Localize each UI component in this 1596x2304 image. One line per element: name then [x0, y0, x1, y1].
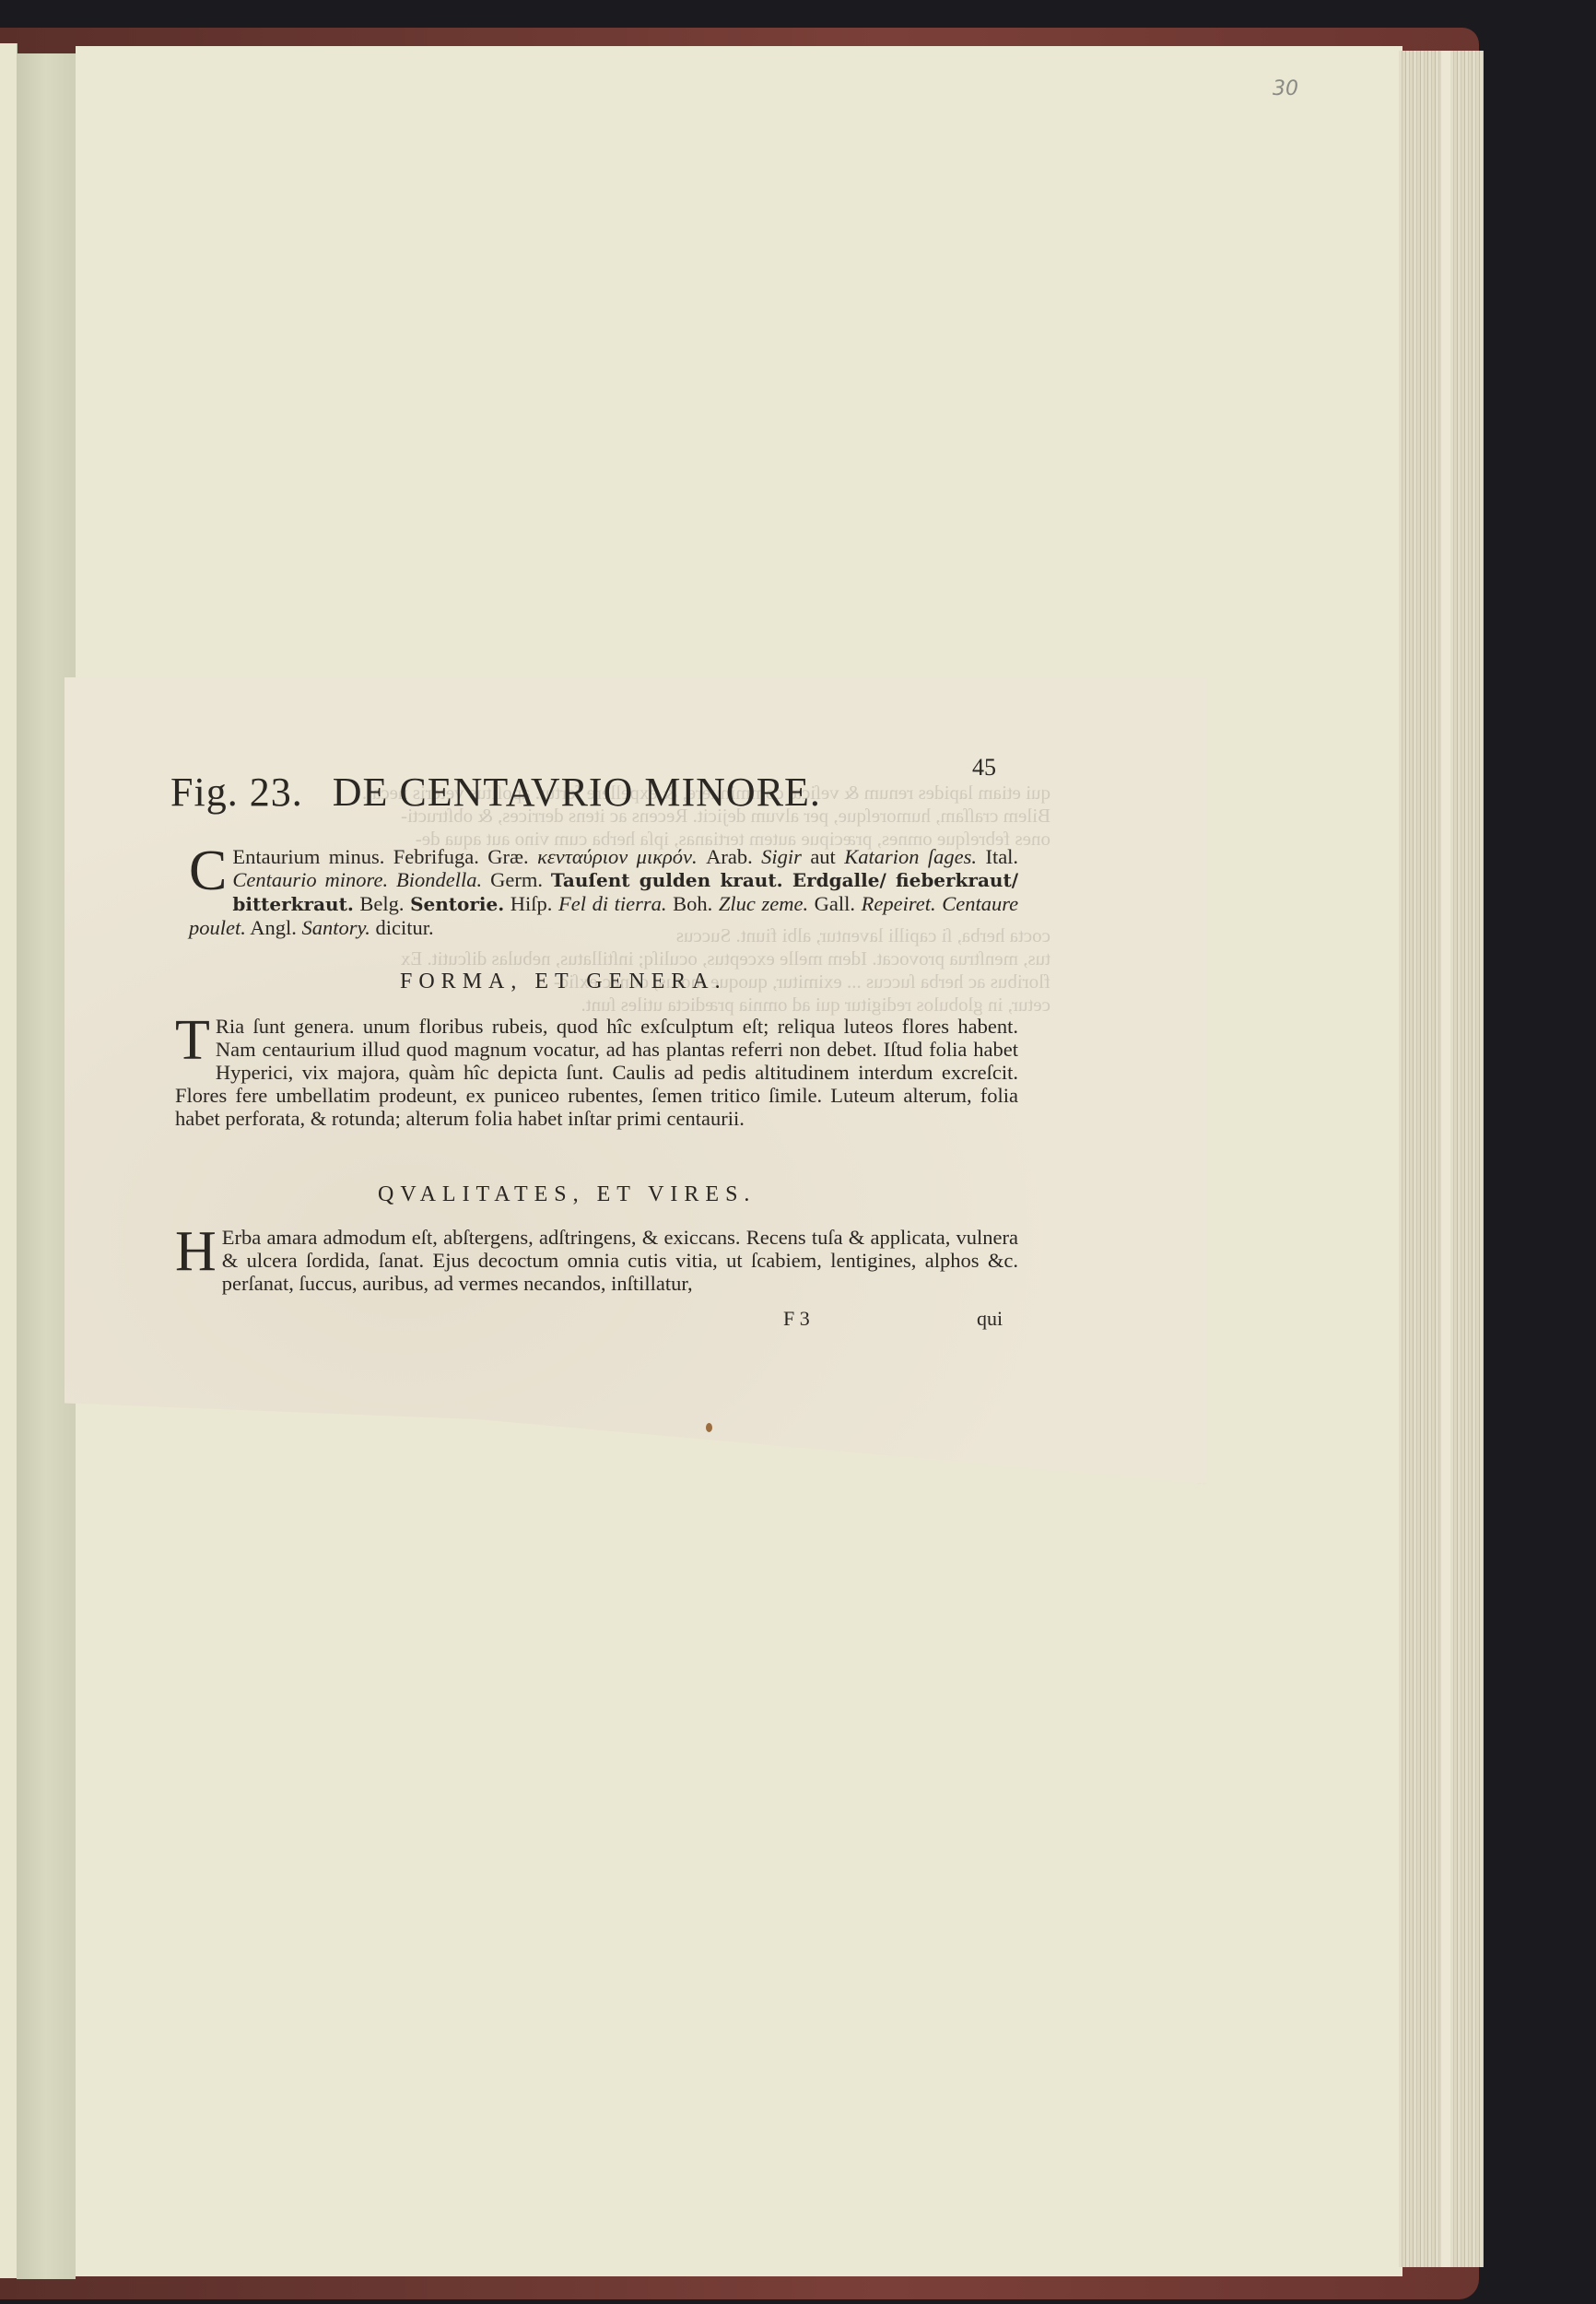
drop-cap: H	[175, 1228, 217, 1275]
greek-name: κενταύριον μικρόν.	[537, 845, 698, 868]
chapter-heading: Fig. 23. DE CENTAVRIO MINORE.	[170, 769, 821, 816]
text: Arab.	[706, 845, 753, 868]
pencil-folio-number: 30	[1273, 77, 1298, 100]
bohemian-name: Zluc zeme.	[719, 892, 808, 915]
text: aut	[810, 845, 836, 868]
arabic-name-2: Katarion ſages.	[844, 845, 977, 868]
forma-text: Ria ſunt genera. unum floribus rubeis, q…	[175, 1015, 1018, 1130]
left-page-edge	[0, 43, 18, 2278]
chapter-title: DE CENTAVRIO MINORE.	[333, 770, 821, 815]
catchword: qui	[977, 1307, 1003, 1331]
figure-number: Fig. 23.	[170, 770, 303, 815]
drop-cap: C	[189, 847, 227, 895]
show-through-line: cetur, in globulos redigitur qui ad omni…	[138, 993, 1050, 1017]
text: Ital.	[985, 845, 1018, 868]
spanish-name: Fel di tierra.	[558, 892, 667, 915]
drop-cap: T	[175, 1017, 210, 1064]
forma-paragraph: T Ria ſunt genera. unum floribus rubeis,…	[175, 1015, 1018, 1130]
text: Germ.	[490, 868, 543, 891]
section-title-qualitates: QVALITATES, ET VIRES.	[378, 1182, 756, 1207]
qualitates-paragraph: H Erba amara admodum eſt, abſtergens, ad…	[175, 1226, 1018, 1295]
text: Boh.	[673, 892, 712, 915]
section-title-forma: FORMA, ET GENERA.	[400, 970, 727, 994]
text: Hiſp.	[510, 892, 553, 915]
text: dicitur.	[376, 916, 434, 939]
text: Belg.	[359, 892, 404, 915]
text: Gall.	[815, 892, 855, 915]
show-through-line: tus, menſtrua provocat. Idem melle excep…	[138, 947, 1050, 970]
page-fore-edge	[1399, 51, 1484, 2267]
arabic-name: Sigir	[761, 845, 802, 868]
signature-mark: F 3	[783, 1307, 810, 1331]
italian-name: Centaurio minore. Biondella.	[232, 868, 482, 891]
printed-page-number: 45	[972, 754, 996, 782]
foxing-spot	[706, 1423, 712, 1432]
text: Entaurium minus. Febrifuga. Græ.	[232, 845, 528, 868]
page-edge-band	[1441, 51, 1450, 2267]
english-name: Santory.	[302, 916, 370, 939]
text: Angl.	[250, 916, 297, 939]
qualitates-text: Erba amara admodum eſt, abſtergens, adſt…	[222, 1226, 1018, 1295]
names-paragraph: C Entaurium minus. Febrifuga. Græ. κεντα…	[189, 845, 1018, 939]
dutch-name: Sentorie.	[410, 893, 504, 915]
